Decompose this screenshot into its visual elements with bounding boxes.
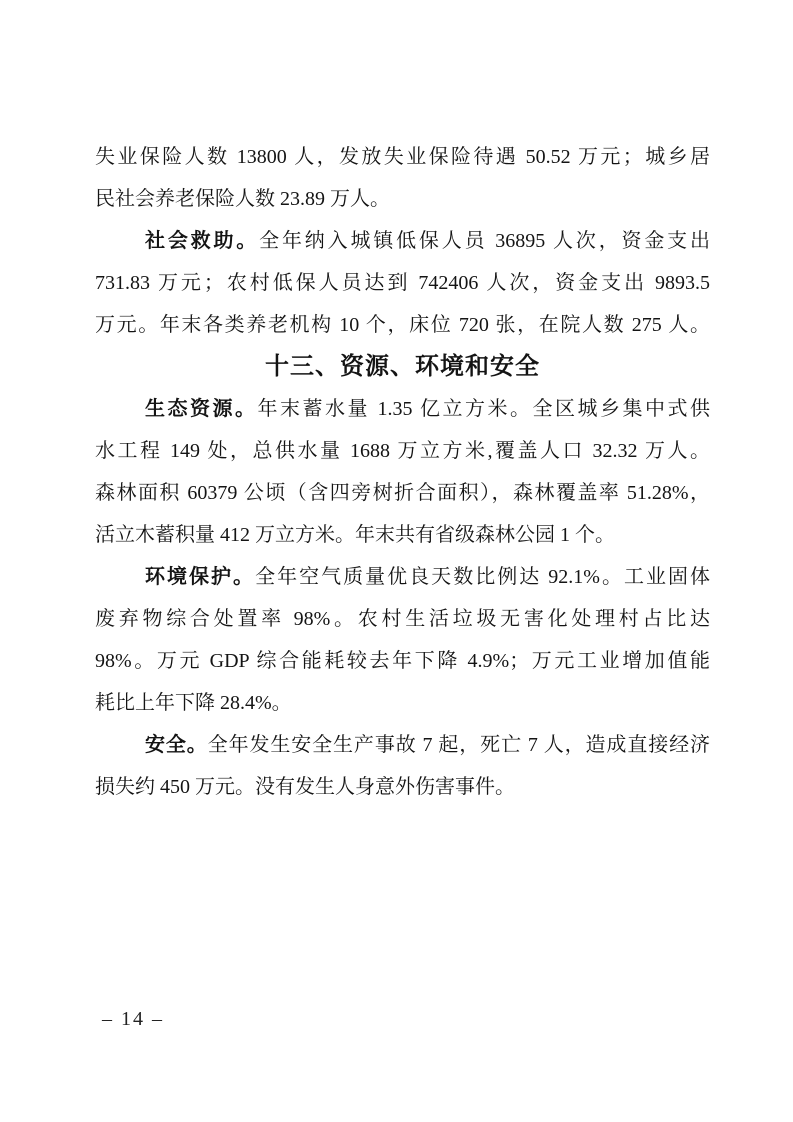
text-line: 731.83 万元；农村低保人员达到 742406 人次，资金支出 9893.5 [95, 262, 710, 304]
text-line: 森林面积 60379 公顷（含四旁树折合面积），森林覆盖率 51.28%， [95, 472, 710, 514]
paragraph-first-line-text: 全年发生安全生产事故 7 起，死亡 7 人，造成直接经济 [208, 734, 710, 756]
paragraph-lead-environment-protection: 环境保护。 [145, 566, 255, 588]
page-content: 失业保险人数 13800 人，发放失业保险待遇 50.52 万元；城乡居 民社会… [95, 136, 710, 808]
paragraph-lead-eco-resources: 生态资源。 [145, 398, 258, 420]
paragraph-first-line-text: 年末蓄水量 1.35 亿立方米。全区城乡集中式供 [258, 398, 711, 420]
text-line: 损失约 450 万元。没有发生人身意外伤害事件。 [95, 766, 710, 808]
text-line: 98%。万元 GDP 综合能耗较去年下降 4.9%；万元工业增加值能 [95, 640, 710, 682]
text-line: 生态资源。年末蓄水量 1.35 亿立方米。全区城乡集中式供 [95, 388, 710, 430]
text-line: 活立木蓄积量 412 万立方米。年末共有省级森林公园 1 个。 [95, 514, 710, 556]
paragraph-lead-social-assistance: 社会救助。 [145, 230, 259, 252]
section-heading: 十三、资源、环境和安全 [95, 346, 710, 388]
paragraph-eco-resources: 生态资源。年末蓄水量 1.35 亿立方米。全区城乡集中式供 水工程 149 处，… [95, 388, 710, 556]
text-line: 安全。全年发生安全生产事故 7 起，死亡 7 人，造成直接经济 [95, 724, 710, 766]
paragraph-social-assistance: 社会救助。全年纳入城镇低保人员 36895 人次，资金支出 731.83 万元；… [95, 220, 710, 346]
text-line: 水工程 149 处，总供水量 1688 万立方米,覆盖人口 32.32 万人。 [95, 430, 710, 472]
text-line: 失业保险人数 13800 人，发放失业保险待遇 50.52 万元；城乡居 [95, 136, 710, 178]
text-line: 社会救助。全年纳入城镇低保人员 36895 人次，资金支出 [95, 220, 710, 262]
text-line: 万元。年末各类养老机构 10 个，床位 720 张，在院人数 275 人。 [95, 304, 710, 346]
text-line: 耗比上年下降 28.4%。 [95, 682, 710, 724]
paragraph-lead-safety: 安全。 [145, 734, 208, 756]
text-line: 民社会养老保险人数 23.89 万人。 [95, 178, 710, 220]
paragraph-safety: 安全。全年发生安全生产事故 7 起，死亡 7 人，造成直接经济 损失约 450 … [95, 724, 710, 808]
text-line: 废弃物综合处置率 98%。农村生活垃圾无害化处理村占比达 [95, 598, 710, 640]
document-page: 失业保险人数 13800 人，发放失业保险待遇 50.52 万元；城乡居 民社会… [0, 0, 793, 1122]
paragraph-first-line-text: 全年纳入城镇低保人员 36895 人次，资金支出 [259, 230, 710, 252]
paragraph-social-insurance-continued: 失业保险人数 13800 人，发放失业保险待遇 50.52 万元；城乡居 民社会… [95, 136, 710, 220]
paragraph-environment-protection: 环境保护。全年空气质量优良天数比例达 92.1%。工业固体 废弃物综合处置率 9… [95, 556, 710, 724]
paragraph-first-line-text: 全年空气质量优良天数比例达 92.1%。工业固体 [255, 566, 710, 588]
text-line: 环境保护。全年空气质量优良天数比例达 92.1%。工业固体 [95, 556, 710, 598]
page-number: – 14 – [102, 1008, 164, 1031]
